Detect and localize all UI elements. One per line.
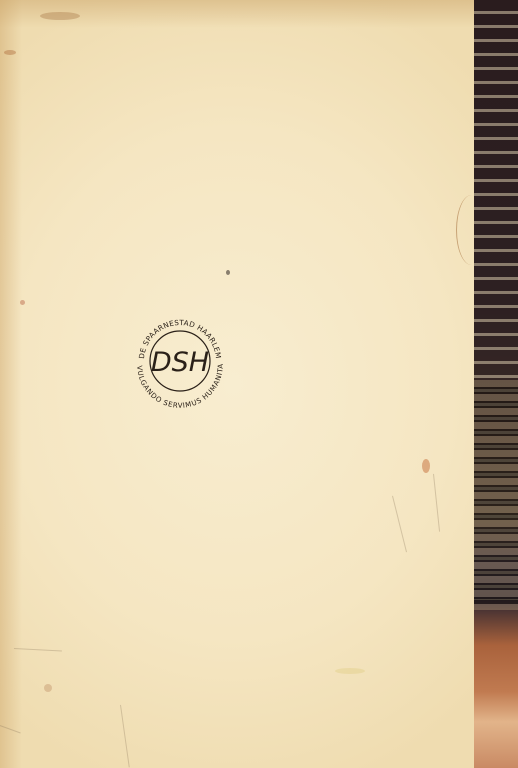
seal-emblem-icon: · DE SPAARNESTAD HAARLEM · DIVULGANDO SE… (132, 313, 228, 409)
stain (226, 270, 230, 275)
book-back-cover: · DE SPAARNESTAD HAARLEM · DIVULGANDO SE… (0, 0, 518, 768)
stain (40, 12, 80, 20)
publisher-seal: · DE SPAARNESTAD HAARLEM · DIVULGANDO SE… (132, 313, 228, 409)
crease (120, 705, 130, 768)
spine-texture (474, 380, 518, 610)
crease (433, 474, 440, 532)
stain (4, 50, 16, 55)
aged-left-edge (0, 0, 22, 768)
stain (335, 668, 365, 674)
crease (392, 496, 407, 553)
seal-monogram: DSH (151, 347, 209, 378)
stain (20, 300, 25, 305)
stain (422, 459, 430, 473)
stain (44, 684, 52, 692)
